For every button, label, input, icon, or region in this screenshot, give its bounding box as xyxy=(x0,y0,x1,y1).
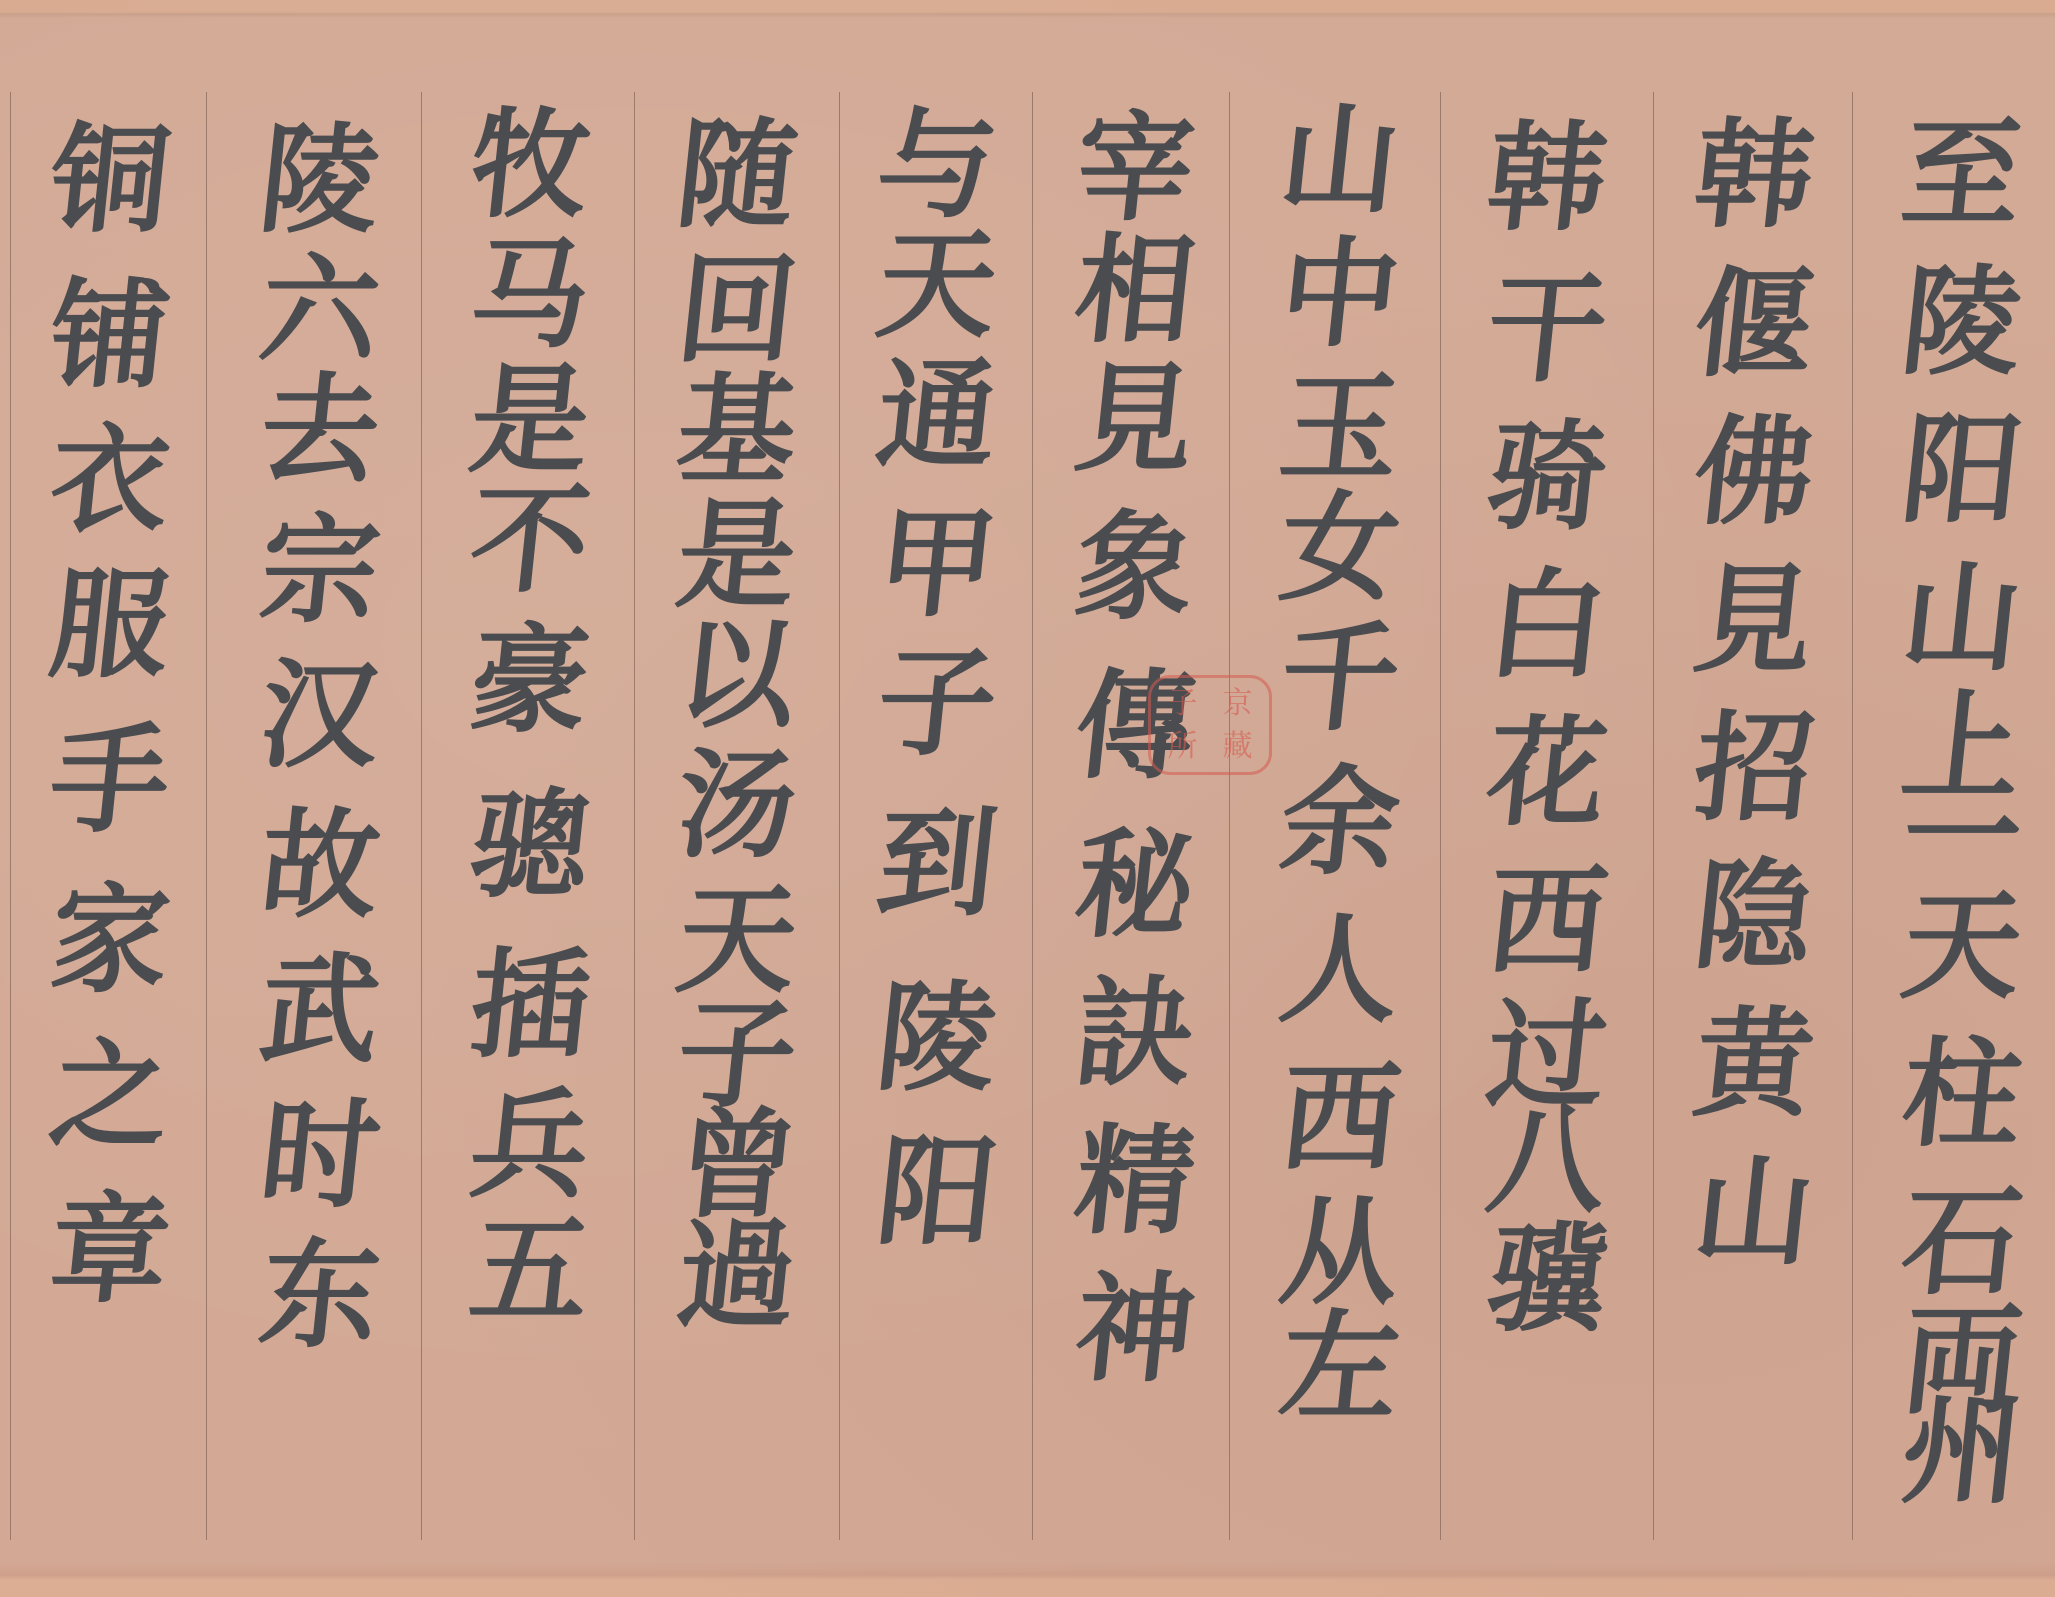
seal-glyph: 所 xyxy=(1155,732,1210,762)
glyph: 過 xyxy=(673,1220,803,1330)
glyph: 曾 xyxy=(673,1110,803,1220)
glyph: 見 xyxy=(1688,546,1822,694)
glyph: 花 xyxy=(1481,699,1615,847)
glyph: 西 xyxy=(1481,847,1615,995)
glyph: 是 xyxy=(672,490,804,620)
column-rule xyxy=(206,92,207,1540)
glyph: 韩 xyxy=(1480,100,1614,255)
seal-glyph: 子 xyxy=(1155,689,1210,719)
text-column-5: 宰 相 見 象 傳 秘 訣 精 神 xyxy=(1045,100,1225,1540)
glyph: 家 xyxy=(43,860,178,1020)
glyph: 从 xyxy=(1275,1192,1406,1312)
glyph: 子 xyxy=(872,638,1004,768)
glyph: 回 xyxy=(672,250,803,370)
glyph: 黄 xyxy=(1688,990,1822,1138)
seal-glyph: 京 xyxy=(1210,689,1265,719)
glyph: 干 xyxy=(1481,255,1615,403)
glyph: 通 xyxy=(871,340,1005,490)
glyph: 一 xyxy=(1900,802,2025,872)
text-column-4: 山 中 玉 女 千 余 人 西 从 左 xyxy=(1245,100,1435,1540)
glyph: 女 xyxy=(1275,488,1406,608)
glyph: 时 xyxy=(253,1080,387,1230)
glyph: 是 xyxy=(465,360,596,480)
glyph: 招 xyxy=(1688,694,1822,842)
glyph: 宗 xyxy=(254,500,387,640)
glyph: 西 xyxy=(1273,1044,1407,1192)
collector-seal: 子 京 所 藏 xyxy=(1148,675,1272,775)
text-column-10: 铜 铺 衣 服 手 家 之 章 xyxy=(20,100,200,1540)
glyph: 章 xyxy=(43,1170,178,1330)
glyph: 衣 xyxy=(44,410,177,550)
glyph: 天 xyxy=(1896,872,2030,1020)
glyph: 子 xyxy=(673,1000,803,1110)
glyph: 插 xyxy=(463,930,597,1080)
glyph: 牧 xyxy=(464,100,596,230)
column-rule xyxy=(1852,92,1853,1540)
glyph: 基 xyxy=(672,370,803,490)
glyph: 柱 xyxy=(1896,1020,2030,1168)
glyph: 不 xyxy=(465,480,596,600)
glyph: 陵 xyxy=(1896,248,2030,396)
glyph: 余 xyxy=(1273,748,1407,896)
glyph: 故 xyxy=(253,790,387,940)
glyph: 铺 xyxy=(43,260,177,410)
glyph: 州 xyxy=(1899,1406,2026,1496)
glyph: 隐 xyxy=(1688,842,1822,990)
glyph: 天 xyxy=(873,230,1003,340)
column-rule xyxy=(421,92,422,1540)
glyph: 精 xyxy=(1068,1107,1202,1255)
glyph: 千 xyxy=(1274,608,1407,748)
glyph: 阳 xyxy=(1896,396,2030,544)
column-rule xyxy=(1032,92,1033,1540)
text-column-3: 韩 干 骑 白 花 西 过 八 骥 xyxy=(1450,100,1645,1540)
glyph: 山 xyxy=(1275,100,1406,220)
column-rule xyxy=(1229,92,1230,1540)
glyph: 与 xyxy=(872,100,1004,230)
glyph: 韩 xyxy=(1688,100,1822,250)
glyph: 山 xyxy=(1688,1138,1822,1286)
glyph: 至 xyxy=(1896,100,2030,248)
glyph: 服 xyxy=(43,550,177,700)
glyph: 陵 xyxy=(870,958,1005,1118)
glyph: 陵 xyxy=(253,100,388,260)
column-rule xyxy=(1653,92,1654,1540)
glyph: 偃 xyxy=(1688,250,1822,398)
glyph: 佛 xyxy=(1688,398,1822,546)
glyph: 到 xyxy=(868,768,1006,958)
column-rule xyxy=(839,92,840,1540)
text-column-8: 牧 马 是 不 豪 骢 插 兵 五 xyxy=(435,100,625,1540)
glyph: 八 xyxy=(1484,1115,1611,1205)
glyph: 骑 xyxy=(1481,403,1615,551)
glyph: 天 xyxy=(672,880,803,1000)
column-rule xyxy=(10,92,11,1540)
text-column-9: 陵 六 去 宗 汉 故 武 时 东 xyxy=(225,100,415,1540)
glyph: 马 xyxy=(464,230,596,360)
glyph: 秘 xyxy=(1068,811,1202,959)
glyph: 骥 xyxy=(1481,1205,1615,1353)
text-column-2: 韩 偃 佛 見 招 隐 黄 山 xyxy=(1662,100,1847,1540)
glyph: 豪 xyxy=(463,600,598,760)
glyph: 手 xyxy=(43,700,178,860)
glyph: 阳 xyxy=(871,1118,1005,1266)
glyph: 东 xyxy=(254,1230,386,1360)
glyph: 山 xyxy=(1896,544,2030,692)
glyph: 訣 xyxy=(1068,959,1202,1107)
glyph: 人 xyxy=(1273,896,1407,1044)
glyph: 武 xyxy=(254,940,387,1080)
glyph: 之 xyxy=(43,1020,177,1170)
glyph: 铜 xyxy=(43,100,178,260)
column-rule xyxy=(634,92,635,1540)
seal-glyph: 藏 xyxy=(1210,732,1265,762)
column-rule xyxy=(1440,92,1441,1540)
glyph: 神 xyxy=(1068,1255,1202,1403)
text-column-6: 与 天 通 甲 子 到 陵 阳 xyxy=(845,100,1030,1540)
glyph: 見 xyxy=(1068,345,1202,493)
text-column-1: 至 陵 阳 山 上 一 天 柱 石 両 州 xyxy=(1870,100,2055,1540)
glyph: 汤 xyxy=(671,730,805,880)
glyph: 中 xyxy=(1273,220,1407,368)
glyph: 相 xyxy=(1070,235,1200,345)
glyph: 以 xyxy=(673,620,803,730)
text-column-7: 随 回 基 是 以 汤 天 子 曾 過 xyxy=(645,100,830,1540)
calligraphy-scroll: 至 陵 阳 山 上 一 天 柱 石 両 州 韩 偃 佛 見 招 隐 黄 山 韩 … xyxy=(0,0,2055,1597)
glyph: 去 xyxy=(254,360,387,500)
glyph: 象 xyxy=(1068,493,1202,641)
glyph: 宰 xyxy=(1069,100,1201,235)
glyph: 甲 xyxy=(871,490,1005,638)
glyph: 玉 xyxy=(1275,368,1406,488)
glyph: 汉 xyxy=(253,640,387,790)
glyph: 六 xyxy=(256,260,385,360)
glyph: 五 xyxy=(465,1210,596,1330)
glyph: 左 xyxy=(1275,1312,1405,1422)
glyph: 骢 xyxy=(462,760,598,930)
glyph: 白 xyxy=(1481,551,1615,699)
glyph: 随 xyxy=(671,100,805,250)
glyph: 兵 xyxy=(464,1080,596,1210)
